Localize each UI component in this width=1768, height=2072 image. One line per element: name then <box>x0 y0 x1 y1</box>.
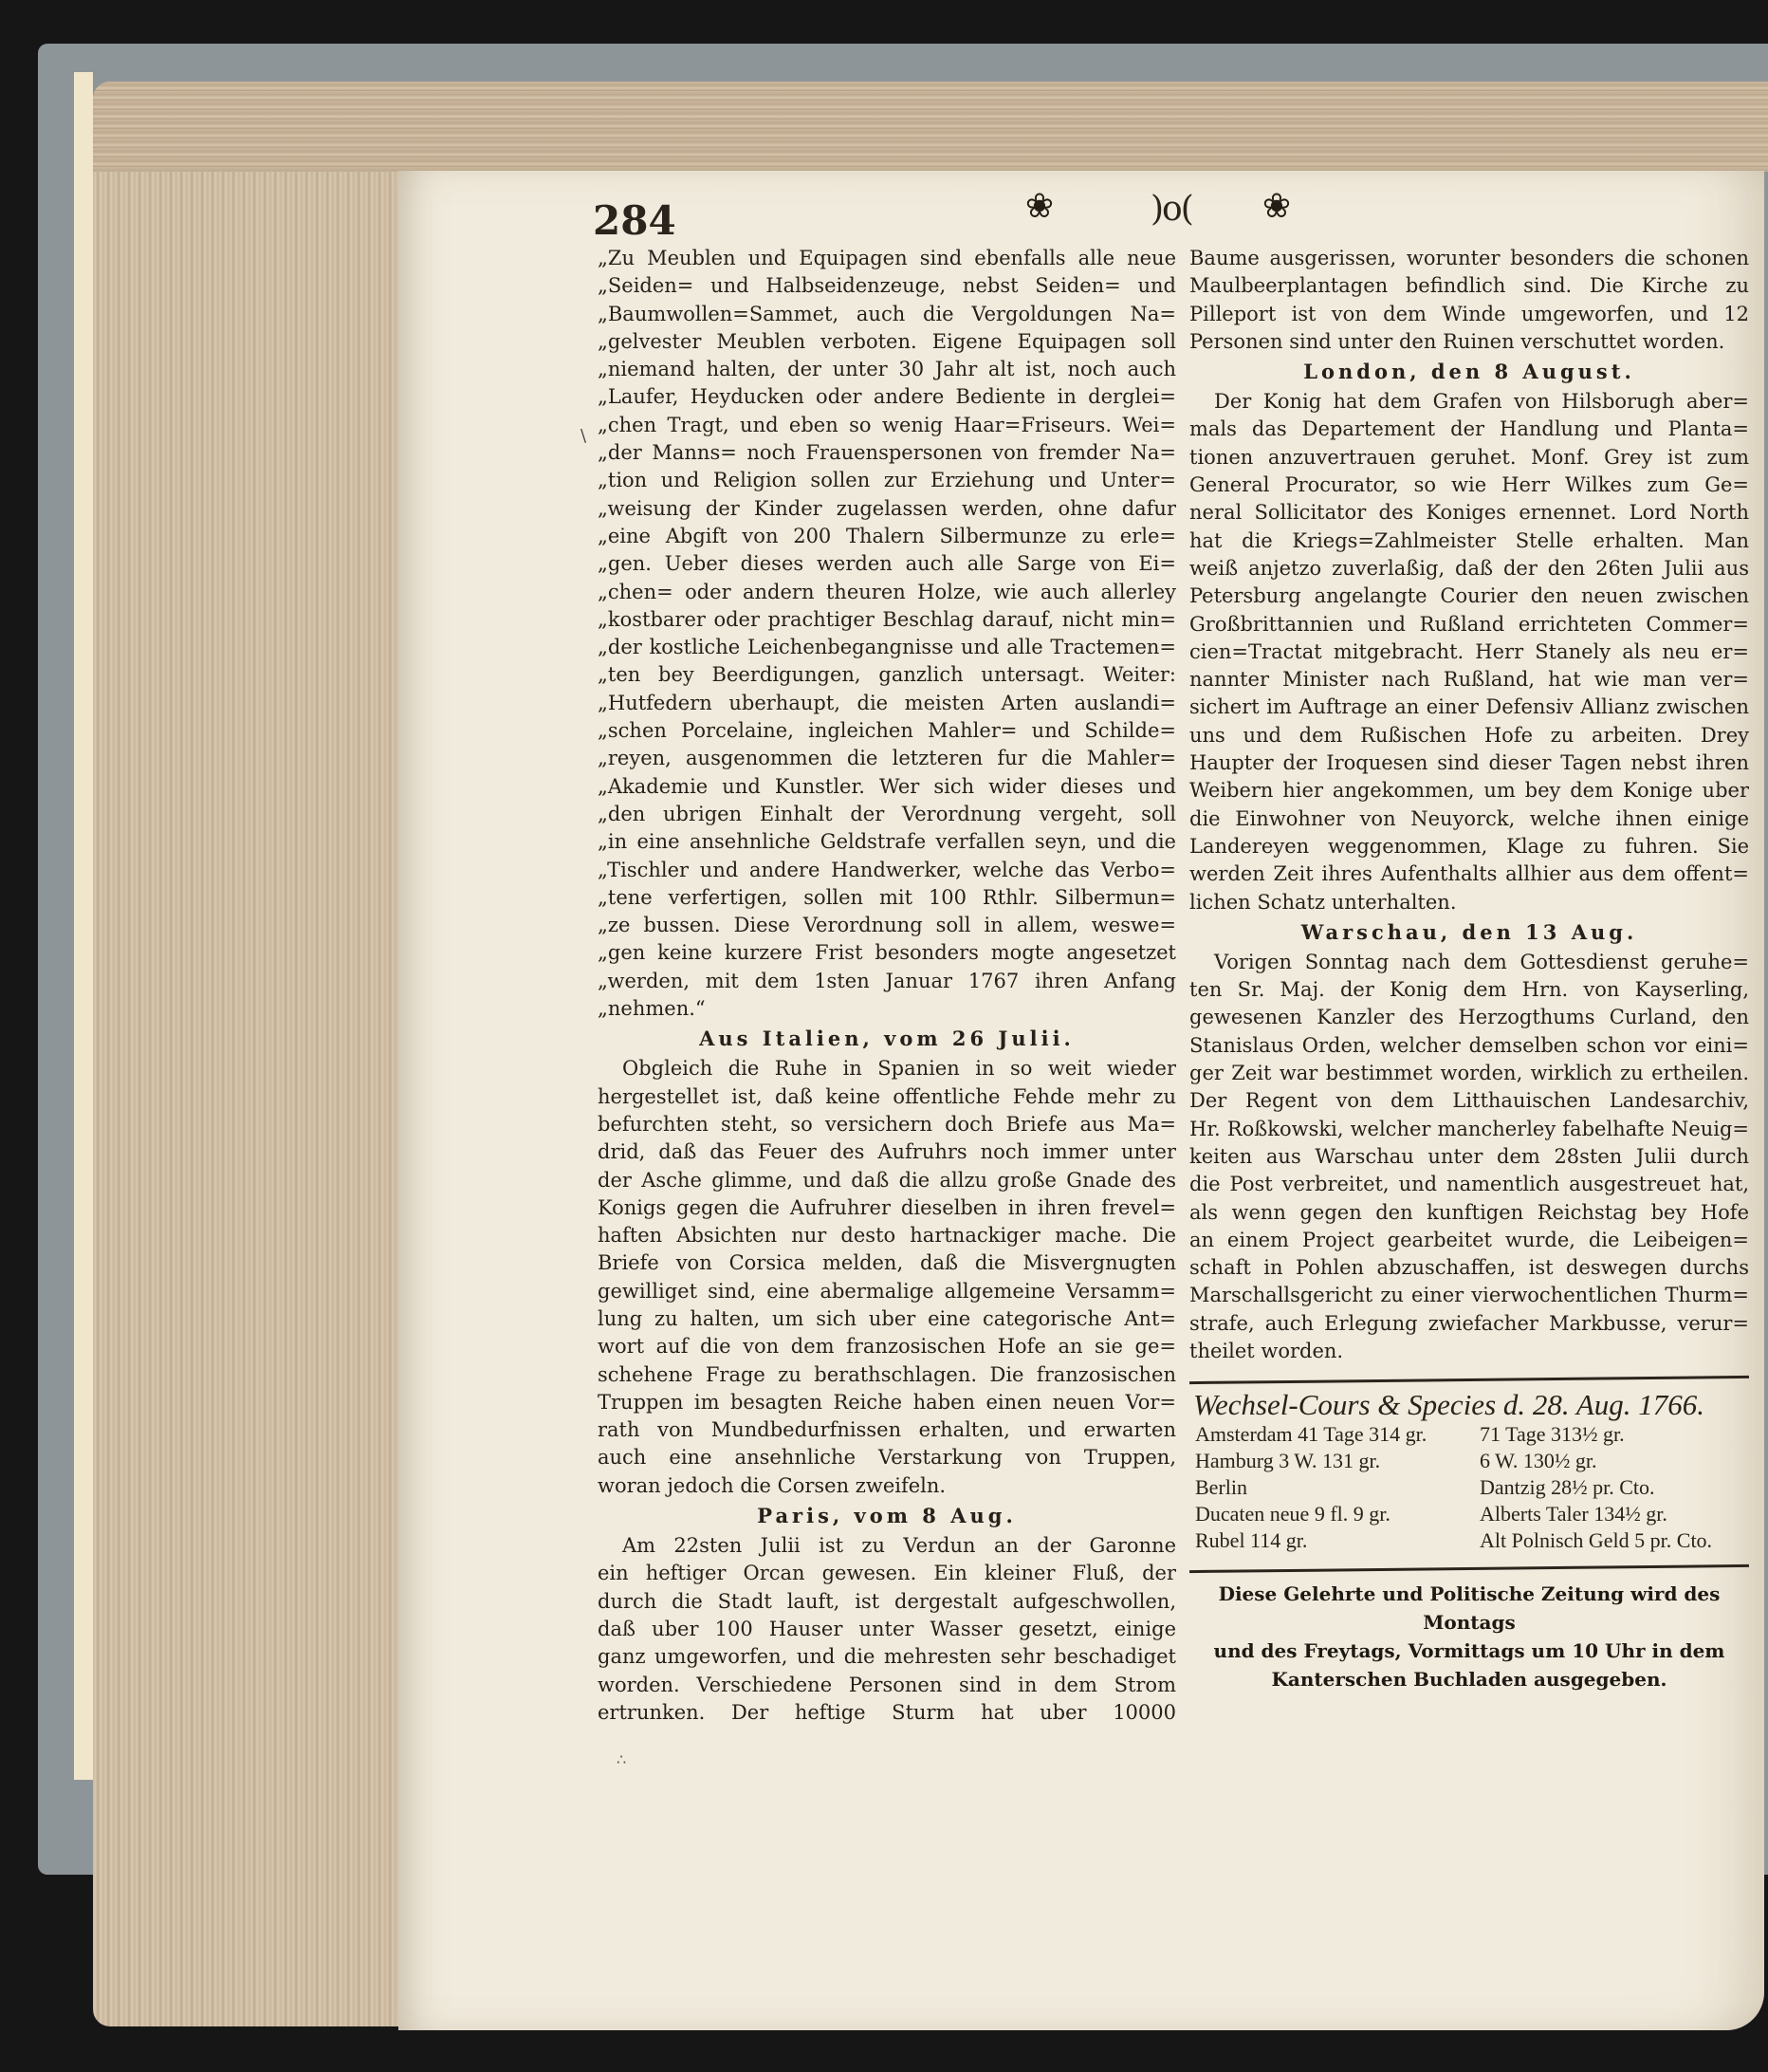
text-line: Maulbeerplantagen befindlich sind. Die K… <box>1189 272 1749 300</box>
text-line: „gen. Ueber dieses werden auch alle Sarg… <box>598 550 1176 578</box>
dateline-paris: Paris, vom 8 Aug. <box>598 1500 1176 1532</box>
text-line: „schen Porcelaine, ingleichen Mahler= un… <box>598 717 1176 745</box>
text-line: Vorigen Sonntag nach dem Gottesdienst ge… <box>1189 949 1749 976</box>
text-line: mals das Departement der Handlung und Pl… <box>1189 416 1749 443</box>
text-line: schaft in Pohlen abzuschaffen, ist deswe… <box>1189 1254 1749 1282</box>
text-line: „niemand halten, der unter 30 Jahr alt i… <box>598 356 1176 383</box>
exchange-left: Berlin <box>1195 1474 1480 1501</box>
text-line: „tene verfertigen, sollen mit 100 Rthlr.… <box>598 884 1176 912</box>
text-line: hat die Kriegs=Zahlmeister Stelle erhalt… <box>1189 527 1749 555</box>
dateline-warschau: Warschau, den 13 Aug. <box>1189 916 1749 949</box>
printer-mark: ∴ <box>617 1750 626 1768</box>
text-line: die Post verbreitet, und namentlich ausg… <box>1189 1171 1749 1198</box>
exchange-left: Ducaten neue 9 fl. 9 gr. <box>1195 1501 1480 1527</box>
notice-line: und des Freytags, Vormittags um 10 Uhr i… <box>1189 1637 1749 1665</box>
text-line: ganz umgeworfen, und die mehresten sehr … <box>598 1643 1176 1671</box>
shell-ornament-icon: ❀ <box>1020 188 1059 226</box>
text-line: worden. Verschiedene Personen sind in de… <box>598 1672 1176 1699</box>
text-line: „Seiden= und Halbseidenzeuge, nebst Seid… <box>598 272 1176 300</box>
text-line: „Akademie und Kunstler. Wer sich wider d… <box>598 773 1176 801</box>
text-line: Petersburg angelangte Courier den neuen … <box>1189 583 1749 610</box>
text-line: „ze bussen. Diese Verordnung soll in all… <box>598 912 1176 939</box>
page-stack-edge <box>93 82 406 2026</box>
section-divider <box>1189 1563 1749 1572</box>
text-line: strafe, auch Erlegung zwiefacher Markbus… <box>1189 1310 1749 1338</box>
text-line: „reyen, ausgenommen die letzteren fur di… <box>598 745 1176 772</box>
endpaper-strip <box>74 72 93 1780</box>
exchange-row: Ducaten neue 9 fl. 9 gr. Alberts Taler 1… <box>1189 1501 1749 1527</box>
page-number: 284 <box>593 197 676 244</box>
text-line: „der Manns= noch Frauenspersonen von fre… <box>598 439 1176 467</box>
text-line: ten Sr. Maj. der Konig dem Hrn. von Kays… <box>1189 976 1749 1004</box>
article-warschau: Warschau, den 13 Aug. Vorigen Sonntag na… <box>1189 916 1749 1365</box>
text-line: „eine Abgift von 200 Thalern Silbermunze… <box>598 523 1176 550</box>
exchange-right: Alberts Taler 134½ gr. <box>1480 1501 1749 1527</box>
text-line: gewesenen Kanzler des Herzogthums Curlan… <box>1189 1004 1749 1031</box>
left-column: „Zu Meublen und Equipagen sind ebenfalls… <box>598 245 1176 1727</box>
text-line: Haupter der Iroquesen sind dieser Tagen … <box>1189 749 1749 777</box>
notice-line: Kanterschen Buchladen ausgegeben. <box>1189 1665 1749 1693</box>
text-line: „der kostliche Leichenbegangnisse und al… <box>598 634 1176 661</box>
dateline-italy: Aus Italien, vom 26 Julii. <box>598 1023 1176 1055</box>
text-line: „gelvester Meublen verboten. Eigene Equi… <box>598 328 1176 356</box>
text-line: General Procurator, so wie Herr Wilkes z… <box>1189 472 1749 499</box>
section-divider <box>1189 1376 1749 1384</box>
text-line: gewilliget sind, eine abermalige allgeme… <box>598 1278 1176 1305</box>
text-line: „ten bey Beerdigungen, ganzlich untersag… <box>598 661 1176 689</box>
text-line: Der Konig hat dem Grafen von Hilsborugh … <box>1189 388 1749 416</box>
article-london: London, den 8 August. Der Konig hat dem … <box>1189 356 1749 916</box>
exchange-row: Berlin Dantzig 28½ pr. Cto. <box>1189 1474 1749 1501</box>
text-line: daß uber 100 Hauser unter Wasser gesetzt… <box>598 1616 1176 1643</box>
exchange-left: Rubel 114 gr. <box>1195 1527 1480 1554</box>
text-line: Weibern hier angekommen, um bey dem Koni… <box>1189 777 1749 805</box>
text-line: uns und dem Rußischen Hofe zu arbeiten. … <box>1189 722 1749 749</box>
text-line: ertrunken. Der heftige Sturm hat uber 10… <box>598 1699 1176 1727</box>
exchange-left: Hamburg 3 W. 131 gr. <box>1195 1448 1480 1474</box>
text-line: „Laufer, Heyducken oder andere Bediente … <box>598 383 1176 411</box>
text-line: Großbrittannien und Rußland errichteten … <box>1189 611 1749 638</box>
article-italy: Aus Italien, vom 26 Julii. Obgleich die … <box>598 1023 1176 1500</box>
text-line: „tion und Religion sollen zur Erziehung … <box>598 467 1176 494</box>
text-line: „Hutfedern uberhaupt, die meisten Arten … <box>598 690 1176 717</box>
text-line: cien=Tractat mitgebracht. Herr Stanely a… <box>1189 638 1749 666</box>
exchange-row: Amsterdam 41 Tage 314 gr. 71 Tage 313½ g… <box>1189 1421 1749 1448</box>
text-line: „chen Tragt, und eben so wenig Haar=Fris… <box>598 412 1176 439</box>
text-line: Personen sind unter den Ruinen verschutt… <box>1189 328 1749 356</box>
text-line: schehene Frage zu berathschlagen. Die fr… <box>598 1361 1176 1389</box>
margin-mark: \ <box>580 426 586 446</box>
exchange-right: 71 Tage 313½ gr. <box>1480 1421 1749 1448</box>
text-line: „Zu Meublen und Equipagen sind ebenfalls… <box>598 245 1176 272</box>
exchange-row: Hamburg 3 W. 131 gr. 6 W. 130½ gr. <box>1189 1448 1749 1474</box>
text-line: rath von Mundbedurfnissen erhalten, und … <box>598 1416 1176 1444</box>
exchange-left: Amsterdam 41 Tage 314 gr. <box>1195 1421 1480 1448</box>
text-line: Stanislaus Orden, welcher demselben scho… <box>1189 1032 1749 1060</box>
text-line: sichert im Auftrage an einer Defensiv Al… <box>1189 694 1749 721</box>
text-line: ger Zeit war bestimmet worden, wirklich … <box>1189 1060 1749 1087</box>
text-line: Der Regent von dem Litthauischen Landesa… <box>1189 1087 1749 1115</box>
text-line: Am 22sten Julii ist zu Verdun an der Gar… <box>598 1532 1176 1560</box>
text-line: Obgleich die Ruhe in Spanien in so weit … <box>598 1055 1176 1082</box>
decree-quote: „Zu Meublen und Equipagen sind ebenfalls… <box>598 245 1176 1023</box>
center-ornament: )o( <box>1151 190 1192 229</box>
text-line: drid, daß das Feuer des Aufruhrs noch im… <box>598 1138 1176 1166</box>
text-line: „chen= oder andern theuren Holze, wie au… <box>598 579 1176 606</box>
text-line: Marschallsgericht zu einer vierwochentli… <box>1189 1282 1749 1309</box>
text-line: keiten aus Warschau unter dem 28sten Jul… <box>1189 1143 1749 1171</box>
publication-notice: Diese Gelehrte und Politische Zeitung wi… <box>1189 1580 1749 1693</box>
text-line: hergestellet ist, daß keine offentliche … <box>598 1083 1176 1111</box>
text-line: Landereyen weggenommen, Klage zu fuhren.… <box>1189 833 1749 860</box>
article-paris-continued: Baume ausgerissen, worunter besonders di… <box>1189 245 1749 356</box>
text-line: haften Absichten nur desto hartnackiger … <box>598 1222 1176 1249</box>
text-line: Pilleport ist von dem Winde umgeworfen, … <box>1189 301 1749 328</box>
text-line: werden Zeit ihres Aufenthalts allhier au… <box>1189 860 1749 888</box>
text-line: Baume ausgerissen, worunter besonders di… <box>1189 245 1749 272</box>
text-line: theilet worden. <box>1189 1338 1749 1365</box>
article-paris: Paris, vom 8 Aug. Am 22sten Julii ist zu… <box>598 1500 1176 1727</box>
exchange-rates: Wechsel-Cours & Species d. 28. Aug. 1766… <box>1189 1391 1749 1553</box>
exchange-right: Alt Polnisch Geld 5 pr. Cto. <box>1480 1527 1749 1554</box>
text-line: lichen Schatz unterhalten. <box>1189 889 1749 916</box>
text-line: weiß anjetzo zuverlaßig, daß der den 26t… <box>1189 555 1749 583</box>
text-line: an einem Project gearbeitet wurde, die L… <box>1189 1227 1749 1254</box>
notice-line: Diese Gelehrte und Politische Zeitung wi… <box>1189 1580 1749 1637</box>
text-line: neral Sollicitator des Koniges ernennet.… <box>1189 499 1749 527</box>
text-line: „in eine ansehnliche Geldstrafe verfalle… <box>598 828 1176 856</box>
text-line: „Tischler und andere Handwerker, welche … <box>598 857 1176 884</box>
dateline-london: London, den 8 August. <box>1189 356 1749 388</box>
text-line: lung zu halten, um sich uber eine catego… <box>598 1305 1176 1333</box>
right-column: Baume ausgerissen, worunter besonders di… <box>1189 245 1749 1693</box>
text-line: „gen keine kurzere Frist besonders mogte… <box>598 939 1176 967</box>
text-line: Briefe von Corsica melden, daß die Misve… <box>598 1249 1176 1277</box>
text-line: wort auf die von dem franzosischen Hofe … <box>598 1333 1176 1360</box>
text-line: als wenn gegen den kunftigen Reichstag b… <box>1189 1199 1749 1227</box>
shell-ornament-icon: ❀ <box>1257 188 1297 226</box>
exchange-rates-title: Wechsel-Cours & Species d. 28. Aug. 1766… <box>1193 1391 1749 1418</box>
exchange-right: Dantzig 28½ pr. Cto. <box>1480 1474 1749 1501</box>
text-line: „weisung der Kinder zugelassen werden, o… <box>598 495 1176 523</box>
text-line: auch eine ansehnliche Verstarkung von Tr… <box>598 1444 1176 1471</box>
text-line: Truppen im besagten Reiche haben einen n… <box>598 1389 1176 1416</box>
text-line: nannter Minister nach Rußland, hat wie m… <box>1189 666 1749 694</box>
text-line: Hr. Roßkowski, welcher mancherley fabelh… <box>1189 1116 1749 1143</box>
text-line: befurchten steht, so versichern doch Bri… <box>598 1111 1176 1138</box>
text-line: „werden, mit dem 1sten Januar 1767 ihren… <box>598 968 1176 995</box>
text-line: ein heftiger Orcan gewesen. Ein kleiner … <box>598 1560 1176 1587</box>
exchange-right: 6 W. 130½ gr. <box>1480 1448 1749 1474</box>
text-line: „den ubrigen Einhalt der Verordnung verg… <box>598 801 1176 828</box>
text-line: der Asche glimme, und daß die allzu groß… <box>598 1167 1176 1194</box>
text-line: „Baumwollen=Sammet, auch die Vergoldunge… <box>598 301 1176 328</box>
running-head: 284 ❀ )o( ❀ <box>593 188 1314 245</box>
text-line: woran jedoch die Corsen zweifeln. <box>598 1472 1176 1500</box>
text-line: durch die Stadt lauft, ist dergestalt au… <box>598 1588 1176 1616</box>
text-line: „nehmen.“ <box>598 995 1176 1023</box>
text-line: Konigs gegen die Aufruhrer dieselben in … <box>598 1194 1176 1222</box>
text-line: tionen anzuvertrauen geruhet. Monf. Grey… <box>1189 444 1749 472</box>
text-line: die Einwohner von Neuyorck, welche ihnen… <box>1189 805 1749 833</box>
page-stack-top-edge <box>93 82 1768 172</box>
exchange-row: Rubel 114 gr. Alt Polnisch Geld 5 pr. Ct… <box>1189 1527 1749 1554</box>
text-line: „kostbarer oder prachtiger Beschlag dara… <box>598 606 1176 634</box>
